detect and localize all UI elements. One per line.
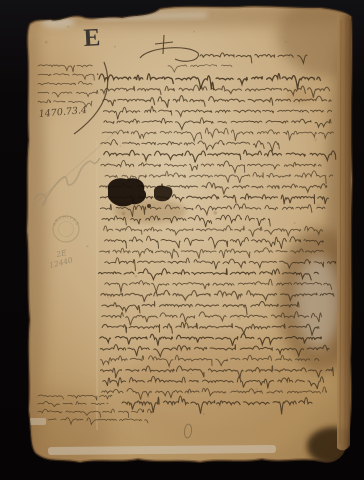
speckle	[108, 297, 110, 299]
speckle	[285, 41, 288, 44]
repair-tissue-right	[296, 256, 340, 348]
folio-letter-mark: E	[83, 24, 101, 52]
manuscript-photograph: E 1470.73.4 ARCHIVES 2E 12440	[0, 0, 364, 480]
speckle	[314, 138, 317, 141]
speckle	[114, 46, 116, 48]
speckle	[135, 275, 137, 277]
speckle	[316, 204, 320, 208]
speckle	[294, 222, 296, 224]
speckle	[45, 41, 48, 44]
speckle	[122, 212, 126, 216]
speckle	[193, 31, 195, 33]
speckle	[203, 413, 205, 415]
speckle	[190, 373, 192, 375]
speckle	[86, 245, 88, 247]
speckle	[214, 211, 218, 215]
speckle	[120, 145, 121, 146]
speckle	[255, 388, 258, 391]
photo-frame: E 1470.73.4 ARCHIVES 2E 12440	[0, 0, 364, 480]
stain-top-left	[28, 52, 92, 104]
ink-blot-large	[108, 178, 146, 206]
page-block-edge	[337, 15, 351, 451]
speckle	[67, 26, 69, 28]
speckle	[218, 406, 219, 407]
ink-speck	[147, 204, 151, 208]
